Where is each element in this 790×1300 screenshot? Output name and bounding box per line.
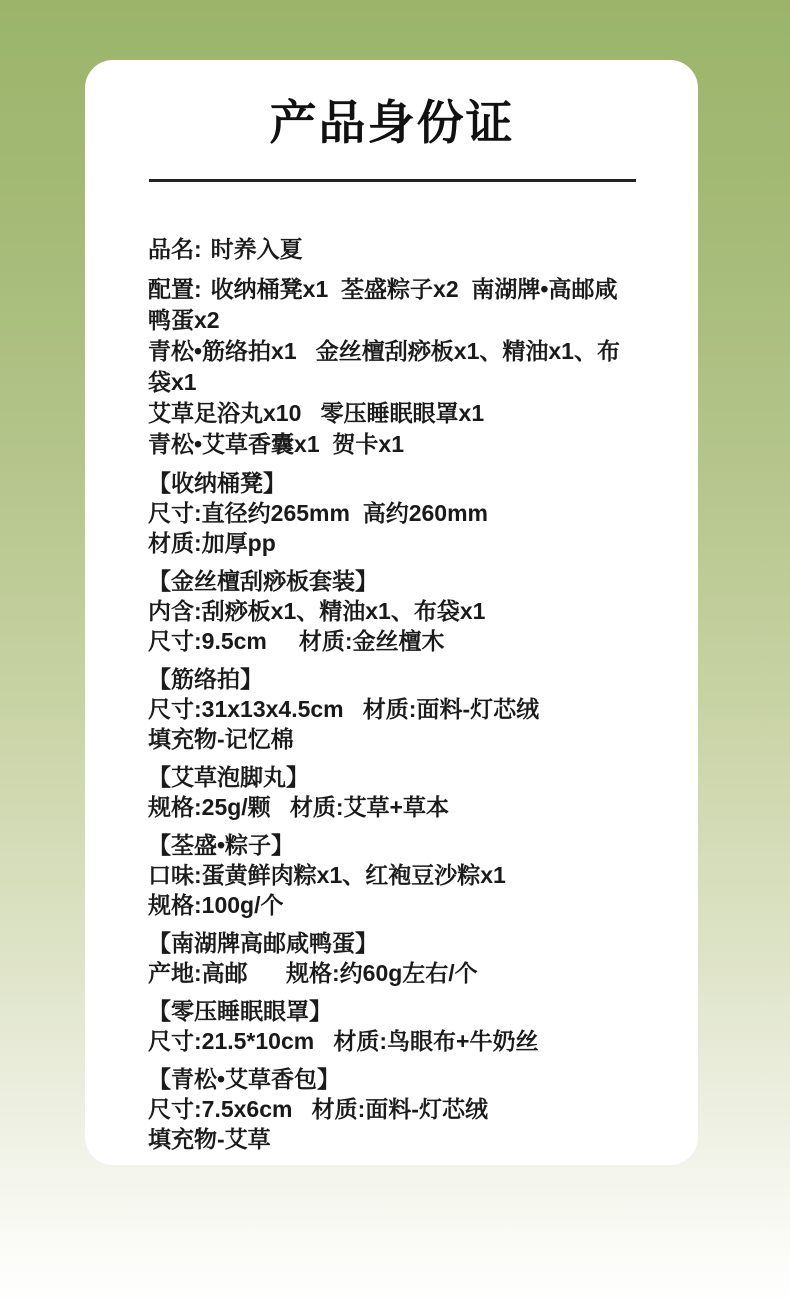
page-background: { "colors": { "background_top": "#9bb46a… xyxy=(0,0,790,1300)
spec-sections: 【收纳桶凳】 尺寸:直径约265mm 高约260mm 材质:加厚pp 【金丝檀刮… xyxy=(148,468,636,1154)
section-line: 尺寸:9.5cm 材质:金丝檀木 xyxy=(148,626,636,656)
config-block: 配置:收纳桶凳x1 荃盛粽子x2 南湖牌•高邮咸鸭蛋x2 青松•筋络拍x1 金丝… xyxy=(148,274,636,460)
section-line: 填充物-记忆棉 xyxy=(148,724,636,754)
section-line: 填充物-艾草 xyxy=(148,1124,636,1154)
spec-section-salted-duck-egg: 【南湖牌高邮咸鸭蛋】 产地:高邮 规格:约60g左右/个 xyxy=(148,928,636,988)
section-line: 规格:25g/颗 材质:艾草+草本 xyxy=(148,792,636,822)
config-line: 配置:收纳桶凳x1 荃盛粽子x2 南湖牌•高邮咸鸭蛋x2 xyxy=(148,274,636,336)
section-heading: 【艾草泡脚丸】 xyxy=(148,762,636,792)
section-line: 口味:蛋黄鲜肉粽x1、红袍豆沙粽x1 xyxy=(148,860,636,890)
config-label: 配置: xyxy=(148,276,202,302)
section-heading: 【金丝檀刮痧板套装】 xyxy=(148,566,636,596)
product-name-label: 品名: xyxy=(148,236,202,262)
section-line: 材质:加厚pp xyxy=(148,528,636,558)
section-line: 产地:高邮 规格:约60g左右/个 xyxy=(148,958,636,988)
spec-section-wormwood-sachet: 【青松•艾草香包】 尺寸:7.5x6cm 材质:面料-灯芯绒 填充物-艾草 xyxy=(148,1064,636,1154)
config-line: 青松•筋络拍x1 金丝檀刮痧板x1、精油x1、布袋x1 xyxy=(148,336,636,398)
section-line: 尺寸:31x13x4.5cm 材质:面料-灯芯绒 xyxy=(148,694,636,724)
spec-section-massage-paddle: 【筋络拍】 尺寸:31x13x4.5cm 材质:面料-灯芯绒 填充物-记忆棉 xyxy=(148,664,636,754)
section-heading: 【南湖牌高邮咸鸭蛋】 xyxy=(148,928,636,958)
section-heading: 【荃盛•粽子】 xyxy=(148,830,636,860)
section-heading: 【收纳桶凳】 xyxy=(148,468,636,498)
spec-section-zongzi: 【荃盛•粽子】 口味:蛋黄鲜肉粽x1、红袍豆沙粽x1 规格:100g/个 xyxy=(148,830,636,920)
section-line: 尺寸:7.5x6cm 材质:面料-灯芯绒 xyxy=(148,1094,636,1124)
config-line-value: 收纳桶凳x1 荃盛粽子x2 南湖牌•高邮咸鸭蛋x2 xyxy=(148,276,617,333)
product-name-row: 品名:时养入夏 xyxy=(148,234,636,264)
config-line: 青松•艾草香囊x1 贺卡x1 xyxy=(148,429,636,460)
spec-section-sleep-mask: 【零压睡眠眼罩】 尺寸:21.5*10cm 材质:鸟眼布+牛奶丝 xyxy=(148,996,636,1056)
spec-section-guasha-set: 【金丝檀刮痧板套装】 内含:刮痧板x1、精油x1、布袋x1 尺寸:9.5cm 材… xyxy=(148,566,636,656)
title-divider xyxy=(149,179,636,182)
section-heading: 【零压睡眠眼罩】 xyxy=(148,996,636,1026)
section-heading: 【青松•艾草香包】 xyxy=(148,1064,636,1094)
section-heading: 【筋络拍】 xyxy=(148,664,636,694)
product-id-card: 产品身份证 品名:时养入夏 配置:收纳桶凳x1 荃盛粽子x2 南湖牌•高邮咸鸭蛋… xyxy=(85,60,698,1165)
section-line: 内含:刮痧板x1、精油x1、布袋x1 xyxy=(148,596,636,626)
page-title: 产品身份证 xyxy=(148,94,636,152)
product-name-value: 时养入夏 xyxy=(211,236,303,262)
spec-section-footbath-balls: 【艾草泡脚丸】 规格:25g/颗 材质:艾草+草本 xyxy=(148,762,636,822)
section-line: 尺寸:21.5*10cm 材质:鸟眼布+牛奶丝 xyxy=(148,1026,636,1056)
spec-section-storage-stool: 【收纳桶凳】 尺寸:直径约265mm 高约260mm 材质:加厚pp xyxy=(148,468,636,558)
section-line: 规格:100g/个 xyxy=(148,890,636,920)
section-line: 尺寸:直径约265mm 高约260mm xyxy=(148,498,636,528)
config-line: 艾草足浴丸x10 零压睡眠眼罩x1 xyxy=(148,398,636,429)
